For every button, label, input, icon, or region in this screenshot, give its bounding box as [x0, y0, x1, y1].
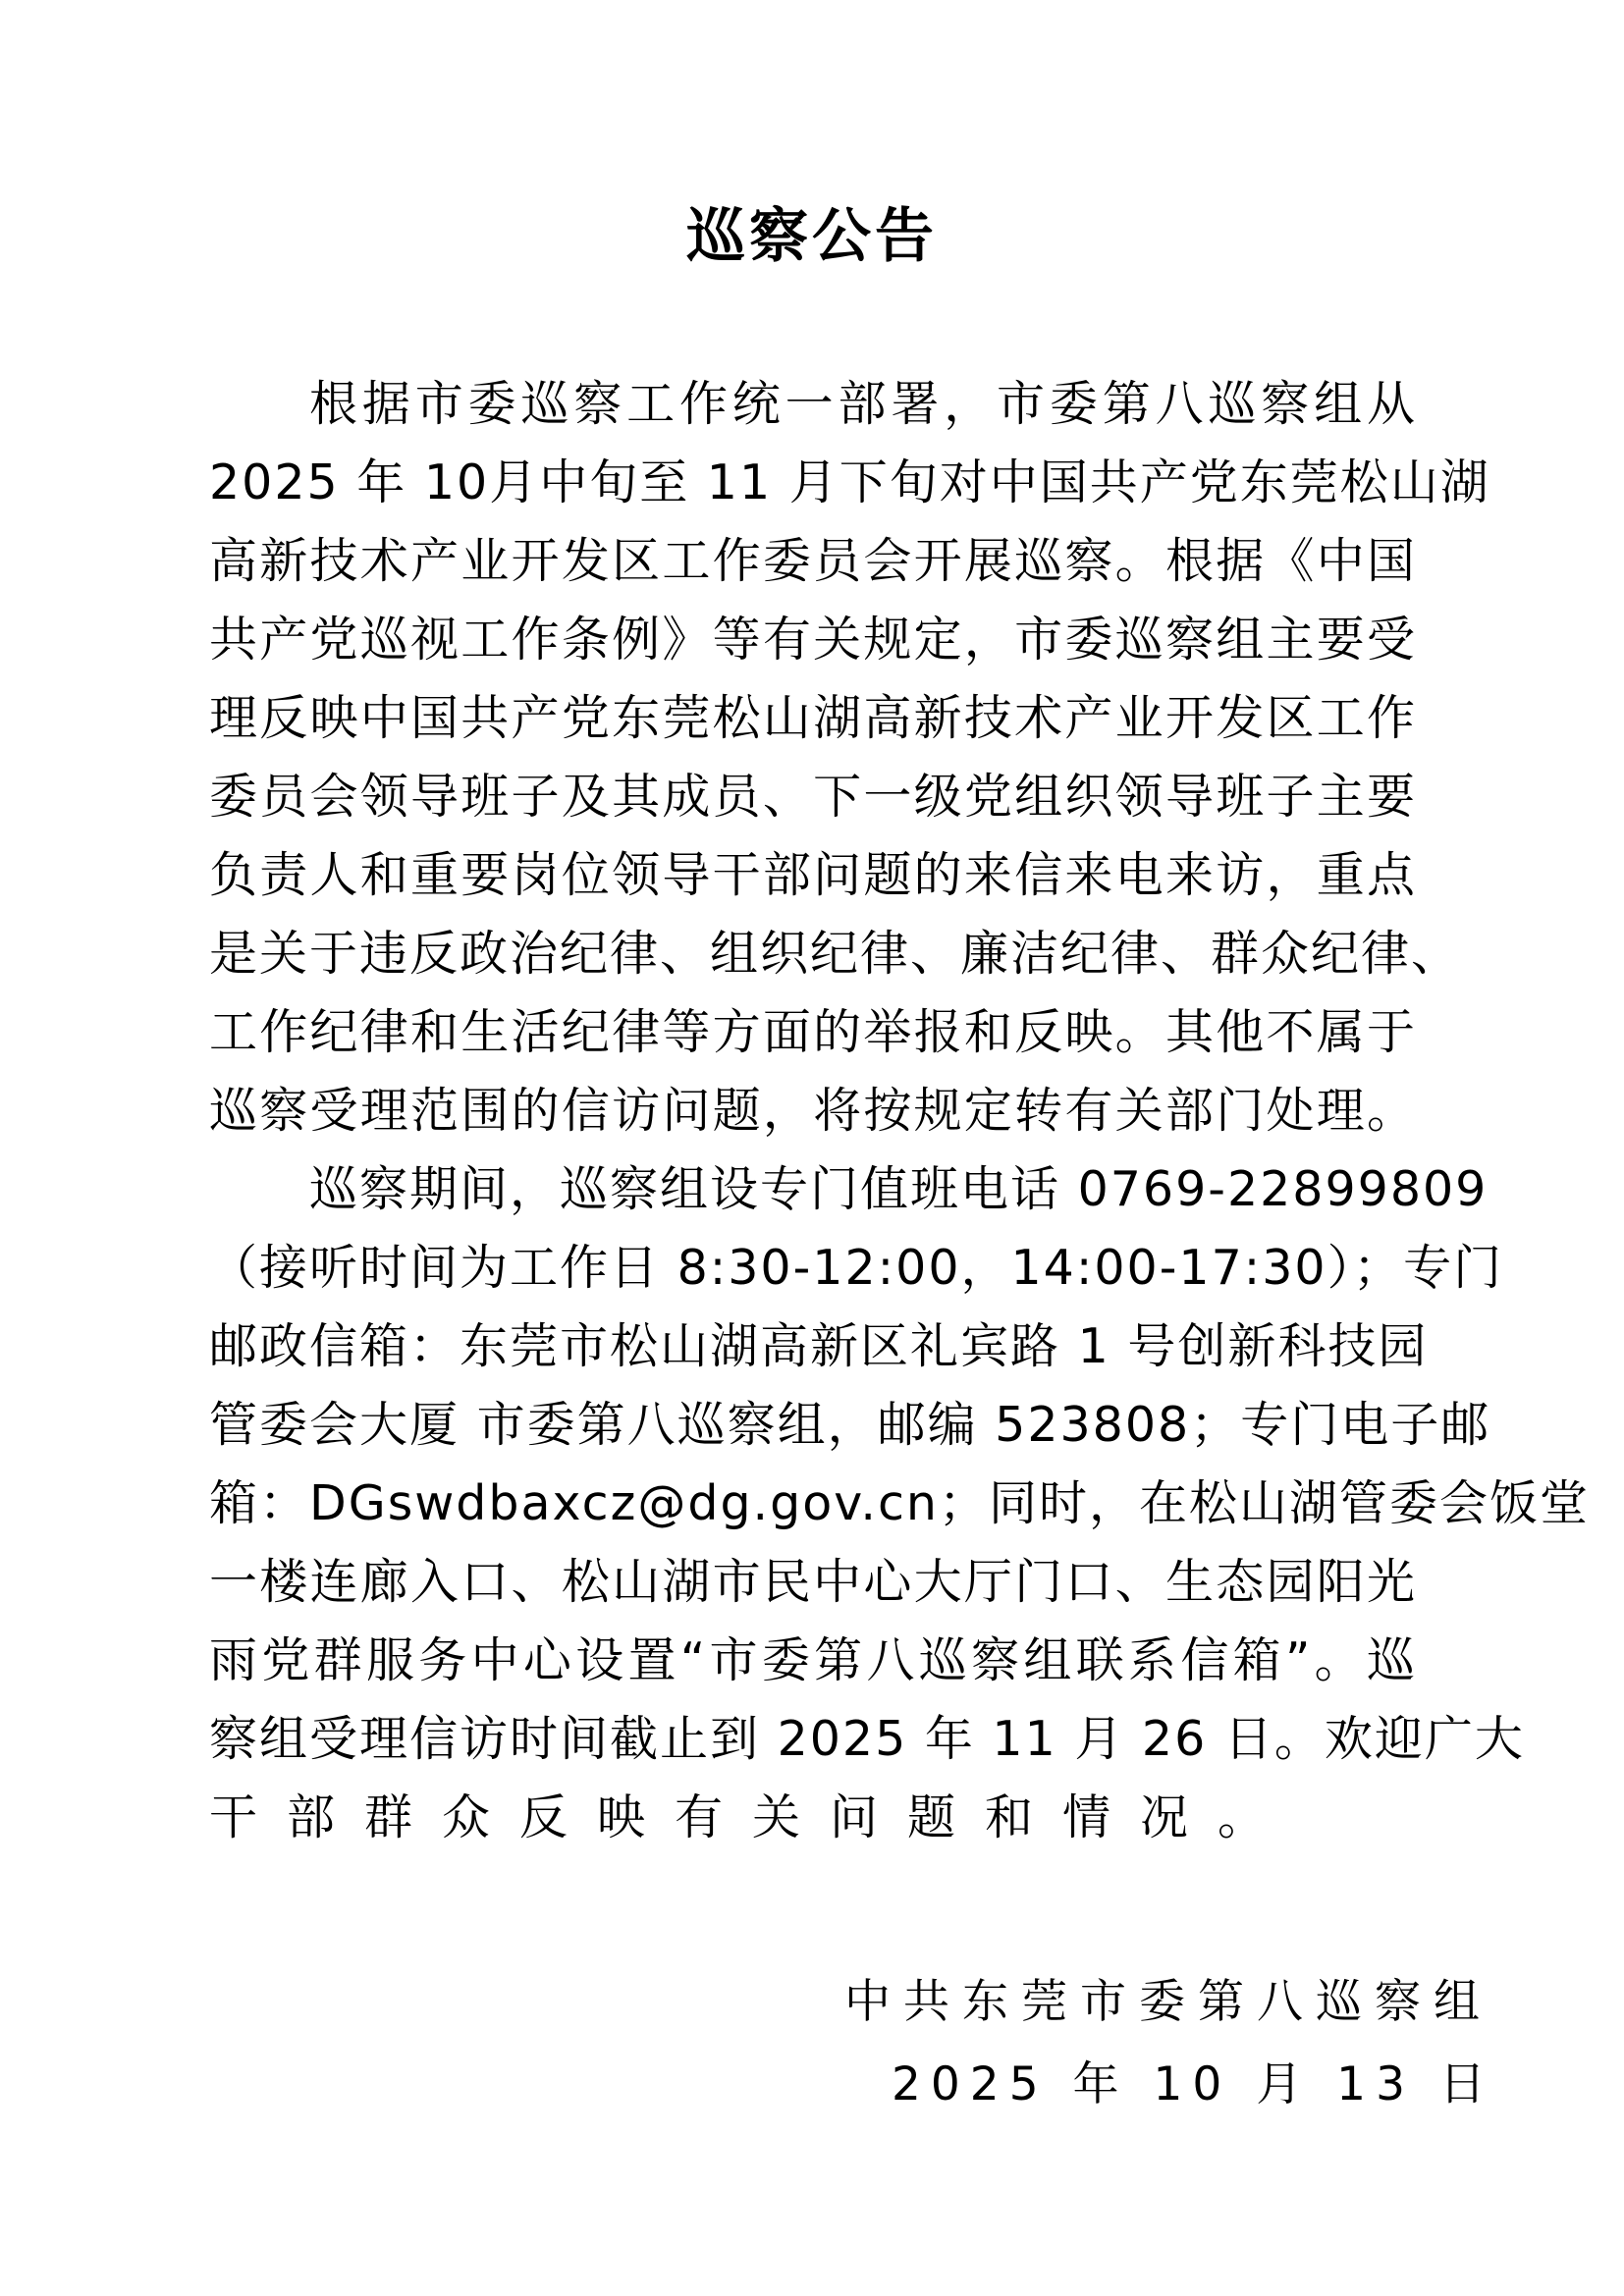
paragraph-line: 工作纪律和生活纪律等方面的举报和反映。其他不属于	[209, 993, 1417, 1072]
paragraph-line: 高新技术产业开发区工作委员会开展巡察。根据《中国	[209, 522, 1417, 601]
paragraph-line: 干部群众反映有关问题和情况。	[209, 1779, 1417, 1857]
paragraph-line: 一楼连廊入口、松山湖市民中心大厅门口、生态园阳光	[209, 1543, 1417, 1622]
paragraph-line: （接听时间为工作日 8:30-12:00，14:00-17:30）；专门	[209, 1229, 1417, 1308]
paragraph-2: 巡察期间，巡察组设专门值班电话 0769-22899809 （接听时间为工作日 …	[209, 1150, 1417, 1857]
paragraph-line: 巡察期间，巡察组设专门值班电话 0769-22899809	[209, 1150, 1417, 1229]
paragraph-line: 雨党群服务中心设置“市委第八巡察组联系信箱”。巡	[209, 1622, 1417, 1700]
paragraph-line: 察组受理信访时间截止到 2025 年 11 月 26 日。欢迎广大	[209, 1700, 1417, 1779]
document-body: 根据市委巡察工作统一部署，市委第八巡察组从 2025 年 10月中旬至 11 月…	[209, 365, 1417, 1857]
signature-organization: 中共东莞市委第八巡察组	[844, 1961, 1394, 2044]
paragraph-line: 箱：DGswdbaxcz@dg.gov.cn；同时，在松山湖管委会饭堂	[209, 1465, 1417, 1543]
paragraph-line: 巡察受理范围的信访问题，将按规定转有关部门处理。	[209, 1072, 1417, 1150]
signature-date: 2025 年 10 月 13 日	[844, 2044, 1394, 2126]
paragraph-line: 2025 年 10月中旬至 11 月下旬对中国共产党东莞松山湖	[209, 444, 1417, 522]
signature-block: 中共东莞市委第八巡察组 2025 年 10 月 13 日	[844, 1961, 1394, 2126]
document-title: 巡察公告	[0, 201, 1624, 272]
paragraph-line: 理反映中国共产党东莞松山湖高新技术产业开发区工作	[209, 679, 1417, 758]
paragraph-line: 委员会领导班子及其成员、下一级党组织领导班子主要	[209, 758, 1417, 836]
paragraph-line: 共产党巡视工作条例》等有关规定，市委巡察组主要受	[209, 601, 1417, 679]
paragraph-1: 根据市委巡察工作统一部署，市委第八巡察组从 2025 年 10月中旬至 11 月…	[209, 365, 1417, 1150]
paragraph-line: 邮政信箱：东莞市松山湖高新区礼宾路 1 号创新科技园	[209, 1308, 1417, 1386]
paragraph-line: 是关于违反政治纪律、组织纪律、廉洁纪律、群众纪律、	[209, 915, 1417, 993]
document-page: 巡察公告 根据市委巡察工作统一部署，市委第八巡察组从 2025 年 10月中旬至…	[0, 0, 1624, 2296]
paragraph-line: 管委会大厦 市委第八巡察组，邮编 523808；专门电子邮	[209, 1386, 1417, 1465]
paragraph-line: 根据市委巡察工作统一部署，市委第八巡察组从	[209, 365, 1417, 444]
paragraph-line: 负责人和重要岗位领导干部问题的来信来电来访，重点	[209, 836, 1417, 915]
